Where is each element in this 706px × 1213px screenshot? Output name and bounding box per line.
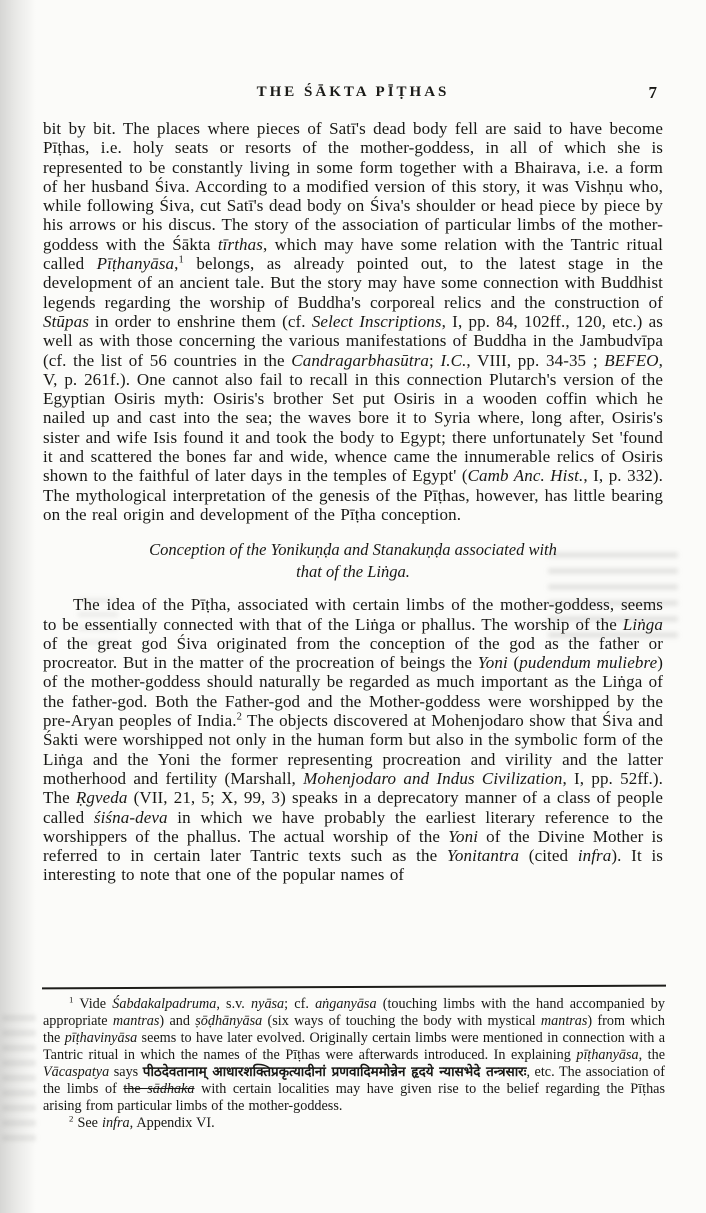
- running-title: THE ŚĀKTA PĪṬHAS: [43, 84, 663, 101]
- footnote-separator-rule: [42, 985, 666, 990]
- paragraph-2: The idea of the Pīṭha, associated with c…: [43, 595, 663, 884]
- section-heading: Conception of the Yonikuṇḍa and Stanakuṇ…: [43, 539, 663, 582]
- footnote-2: 2 See infra, Appendix VI.: [43, 1115, 665, 1132]
- ink-bleed-artifact: [2, 1015, 36, 1145]
- footnotes-block: 1 Vide Śabdakalpadruma, s.v. nyāsa; cf. …: [43, 996, 665, 1132]
- footnote-1: 1 Vide Śabdakalpadruma, s.v. nyāsa; cf. …: [43, 996, 665, 1115]
- section-heading-line1: Conception of the Yonikuṇḍa and Stanakuṇ…: [43, 539, 663, 561]
- book-page: THE ŚĀKTA PĪṬHAS 7 bit by bit. The place…: [0, 0, 706, 1213]
- page-header: THE ŚĀKTA PĪṬHAS 7: [43, 84, 663, 106]
- section-heading-line2: that of the Liṅga.: [43, 561, 663, 583]
- page-number: 7: [649, 83, 658, 103]
- paragraph-1: bit by bit. The places where pieces of S…: [43, 119, 663, 524]
- page-left-edge-shadow: [0, 0, 36, 1213]
- main-text-block: bit by bit. The places where pieces of S…: [43, 119, 663, 885]
